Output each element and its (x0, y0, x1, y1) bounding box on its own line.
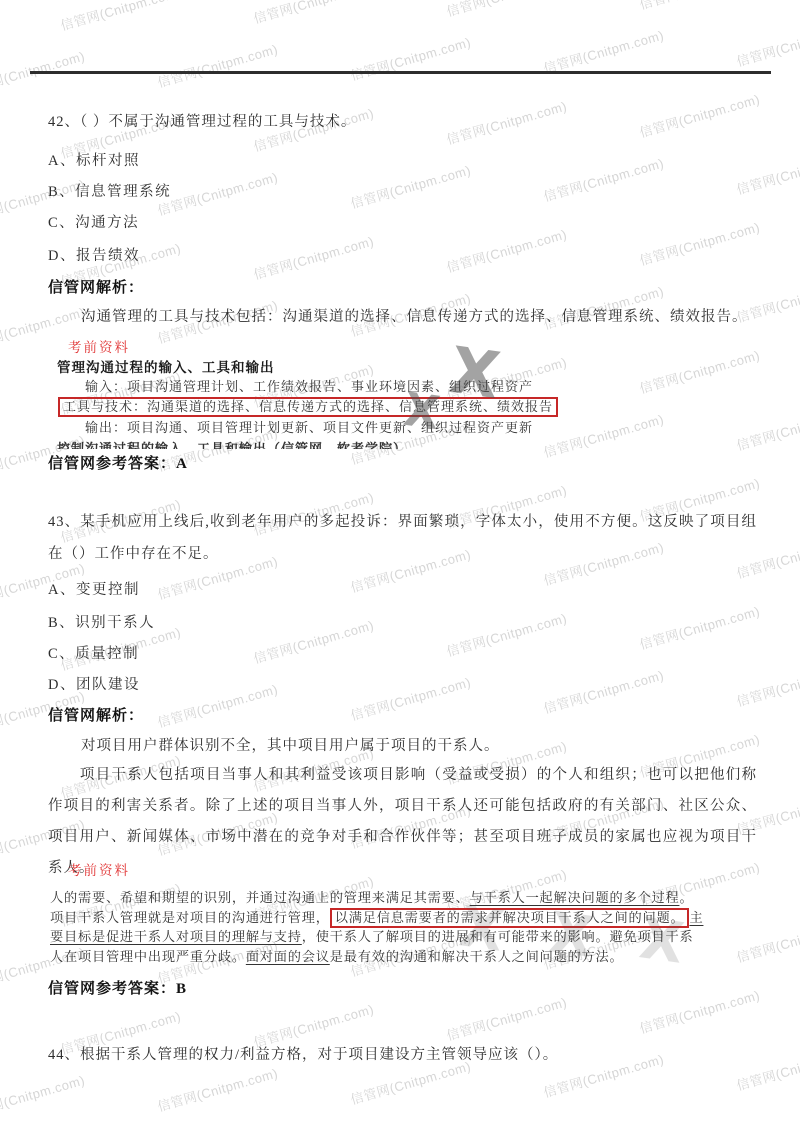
material-input-line: 输入：项目沟通管理计划、工作绩效报告、事业环境因素、组织过程资产 (85, 378, 757, 397)
text-segment: ，使干系人了解项目的进展和有可能带来的影响。避免项目干系 (302, 929, 694, 944)
question-44-text: 44、根据干系人管理的权力/利益方格，对于项目建设方主管领导应该（）。 (48, 1040, 757, 1072)
text-segment: 与干系人一起解决问题的多个过程 (470, 890, 680, 905)
text-segment: 人在项目管理中出现严重分歧。 (50, 949, 246, 964)
highlight-box: 以满足信息需要者的需求并解决项目干系人之间的问题。 (330, 908, 690, 928)
material-box-q42: 管理沟通过程的输入、工具和输出 输入：项目沟通管理计划、工作绩效报告、事业环境因… (57, 359, 757, 449)
highlight-box: 工具与技术：沟通渠道的选择、信息传递方式的选择、信息管理系统、绩效报告 (58, 397, 558, 417)
analysis-text-q42: 沟通管理的工具与技术包括：沟通渠道的选择、信息传递方式的选择、信息管理系统、绩效… (81, 302, 757, 333)
material-line: 人的需要、希望和期望的识别，并通过沟通上的管理来满足其需要、与干系人一起解决问题… (50, 888, 757, 908)
analysis-heading-q42: 信管网解析： (48, 276, 757, 297)
text-segment: 人的需要、希望和期望的识别，并通过沟通上的管理来满足其需要、 (50, 890, 470, 905)
text-segment: 是最有效的沟通和解决干系人之间问题的方法。 (330, 949, 624, 964)
material-output-line: 输出：项目沟通、项目管理计划更新、项目文件更新、组织过程资产更新 (85, 419, 757, 438)
question-43-text: 43、某手机应用上线后,收到老年用户的多起投诉：界面繁琐，字体太小，使用不方便。… (48, 507, 757, 570)
question-42-option-b: B、信息管理系统 (48, 180, 757, 201)
question-43-option-a: A、变更控制 (48, 578, 757, 599)
question-43-option-c: C、质量控制 (48, 642, 757, 663)
text-segment: 主 (689, 910, 703, 925)
material-line: 人在项目管理中出现严重分歧。面对面的会议是最有效的沟通和解决干系人之间问题的方法… (50, 947, 757, 967)
text-segment: 面对面的会议 (246, 949, 330, 964)
question-42-text: 42、（ ）不属于沟通管理过程的工具与技术。 (48, 107, 757, 139)
exam-page: 信管网(Cnitpm.com)信管网(Cnitpm.com)信管网(Cnitpm… (0, 0, 800, 1132)
analysis-heading-q43: 信管网解析： (48, 704, 757, 725)
page-content: 42、（ ）不属于沟通管理过程的工具与技术。 A、标杆对照 B、信息管理系统 C… (0, 0, 800, 1132)
analysis-p1-q43: 对项目用户群体识别不全，其中项目用户属于项目的干系人。 (81, 731, 757, 762)
material-line: 项目干系人管理就是对项目的沟通进行管理，以满足信息需要者的需求并解决项目干系人之… (50, 908, 757, 928)
answer-q43: 信管网参考答案：B (48, 977, 757, 998)
question-42-option-d: D、报告绩效 (48, 244, 757, 265)
question-42-option-c: C、沟通方法 (48, 211, 757, 232)
material-title: 管理沟通过程的输入、工具和输出 (57, 359, 757, 378)
text-segment: 。 (679, 890, 693, 905)
material-line: 要目标是促进干系人对项目的理解与支持，使干系人了解项目的进展和有可能带来的影响。… (50, 927, 757, 947)
material-clipped-line: 控制沟通过程的输入、工具和输出（信管网，软考学院） (57, 440, 757, 449)
text-segment: 项目干系人管理就是对项目的沟通进行管理， (50, 910, 330, 925)
question-42-option-a: A、标杆对照 (48, 149, 757, 170)
text-segment: 要目标是促进干系人对项目的理解与支持 (50, 929, 302, 944)
answer-q42: 信管网参考答案：A (48, 452, 757, 473)
pre-exam-material-label-q43: 考前资料 (68, 859, 757, 879)
pre-exam-material-label-q42: 考前资料 (68, 336, 757, 356)
question-43-option-b: B、识别干系人 (48, 611, 757, 632)
material-paragraph-q43: 人的需要、希望和期望的识别，并通过沟通上的管理来满足其需要、与干系人一起解决问题… (50, 888, 757, 966)
question-43-option-d: D、团队建设 (48, 673, 757, 694)
material-tools-line: 工具与技术：沟通渠道的选择、信息传递方式的选择、信息管理系统、绩效报告 (58, 398, 757, 417)
